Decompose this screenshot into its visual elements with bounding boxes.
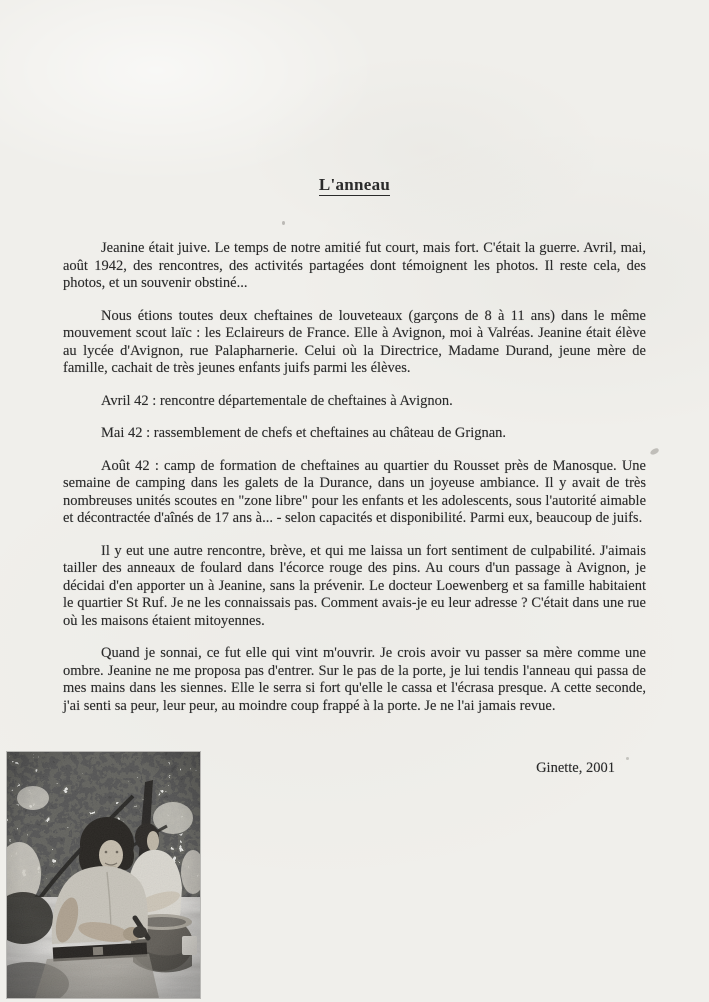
photo-bw-woman-under-trees <box>7 752 200 998</box>
page-title: L'anneau <box>63 175 646 195</box>
photo-image <box>7 752 200 998</box>
paragraph-avril-42: Avril 42 : rencontre départementale de c… <box>63 393 646 411</box>
scan-speck <box>626 757 629 760</box>
scan-speck <box>282 221 285 225</box>
paragraph-aout-42: Août 42 : camp de formation de cheftaine… <box>63 458 646 528</box>
paragraph-cheftaines: Nous étions toutes deux cheftaines de lo… <box>63 308 646 378</box>
page-title-text: L'anneau <box>319 175 390 196</box>
scanned-document-page: L'anneau Jeanine était juive. Le temps d… <box>0 0 709 1002</box>
paragraph-intro: Jeanine était juive. Le temps de notre a… <box>63 240 646 293</box>
paragraph-autre-rencontre: Il y eut une autre rencontre, brève, et … <box>63 543 646 631</box>
scan-speck <box>649 447 659 455</box>
document-body: Jeanine était juive. Le temps de notre a… <box>63 240 646 730</box>
paragraph-quand-je-sonnai: Quand je sonnai, ce fut elle qui vint m'… <box>63 645 646 715</box>
paragraph-mai-42: Mai 42 : rassemblement de chefs et cheft… <box>63 425 646 443</box>
